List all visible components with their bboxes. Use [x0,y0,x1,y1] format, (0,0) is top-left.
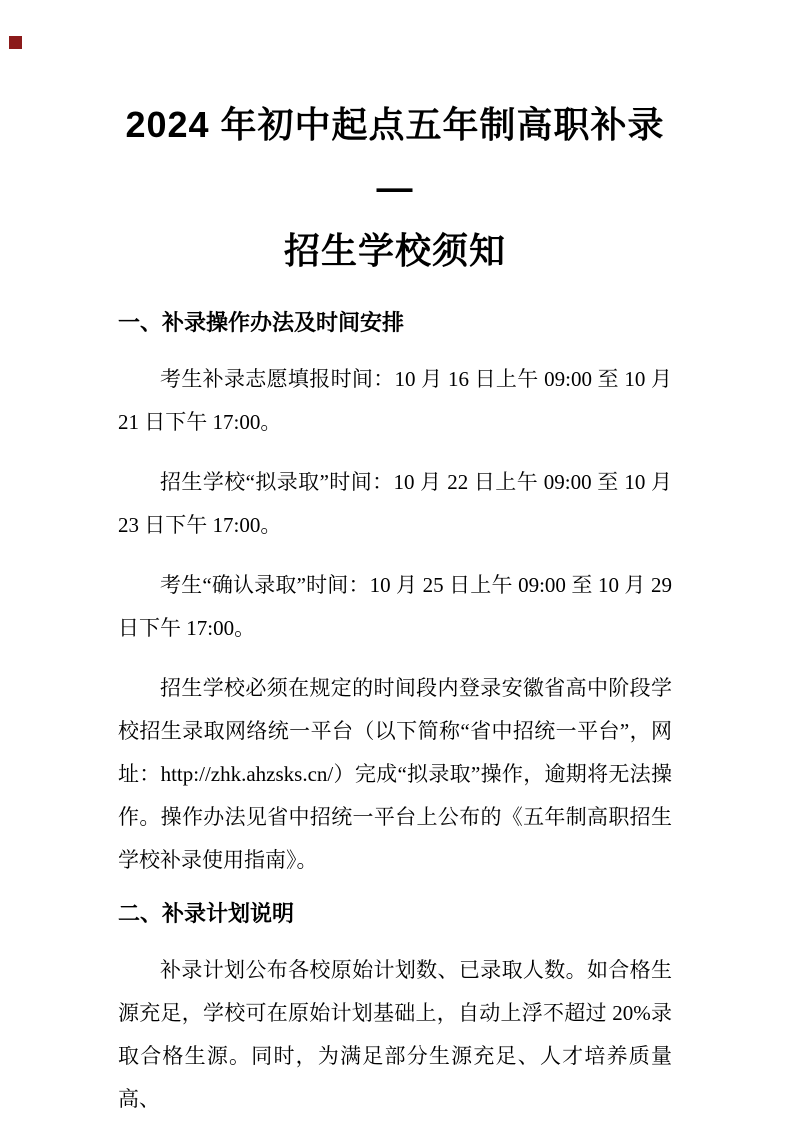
paragraph: 考生补录志愿填报时间：10 月 16 日上午 09:00 至 10 月 21 日… [118,358,672,444]
page-title-line-1: 2024 年初中起点五年制高职补录— [118,93,672,219]
paragraph: 招生学校必须在规定的时间段内登录安徽省高中阶段学校招生录取网络统一平台（以下简称… [118,667,672,882]
document-body: 2024 年初中起点五年制高职补录— 招生学校须知 一、补录操作办法及时间安排 … [0,93,793,1121]
section-1: 一、补录操作办法及时间安排 考生补录志愿填报时间：10 月 16 日上午 09:… [118,308,672,882]
document-page: 2024 年初中起点五年制高职补录— 招生学校须知 一、补录操作办法及时间安排 … [0,0,793,1122]
paragraph: 招生学校“拟录取”时间：10 月 22 日上午 09:00 至 10 月 23 … [118,461,672,547]
page-title-line-2: 招生学校须知 [118,219,672,282]
paragraph: 考生“确认录取”时间：10 月 25 日上午 09:00 至 10 月 29 日… [118,564,672,650]
section-2-heading: 二、补录计划说明 [118,899,672,929]
page-title: 2024 年初中起点五年制高职补录— 招生学校须知 [118,93,672,282]
paragraph: 补录计划公布各校原始计划数、已录取人数。如合格生源充足，学校可在原始计划基础上，… [118,949,672,1121]
red-square-marker [9,36,22,49]
section-1-heading: 一、补录操作办法及时间安排 [118,308,672,338]
section-2: 二、补录计划说明 补录计划公布各校原始计划数、已录取人数。如合格生源充足，学校可… [118,899,672,1121]
document-title: 2024 年初中起点五年制高职补录— 招生学校须知 [118,93,672,282]
